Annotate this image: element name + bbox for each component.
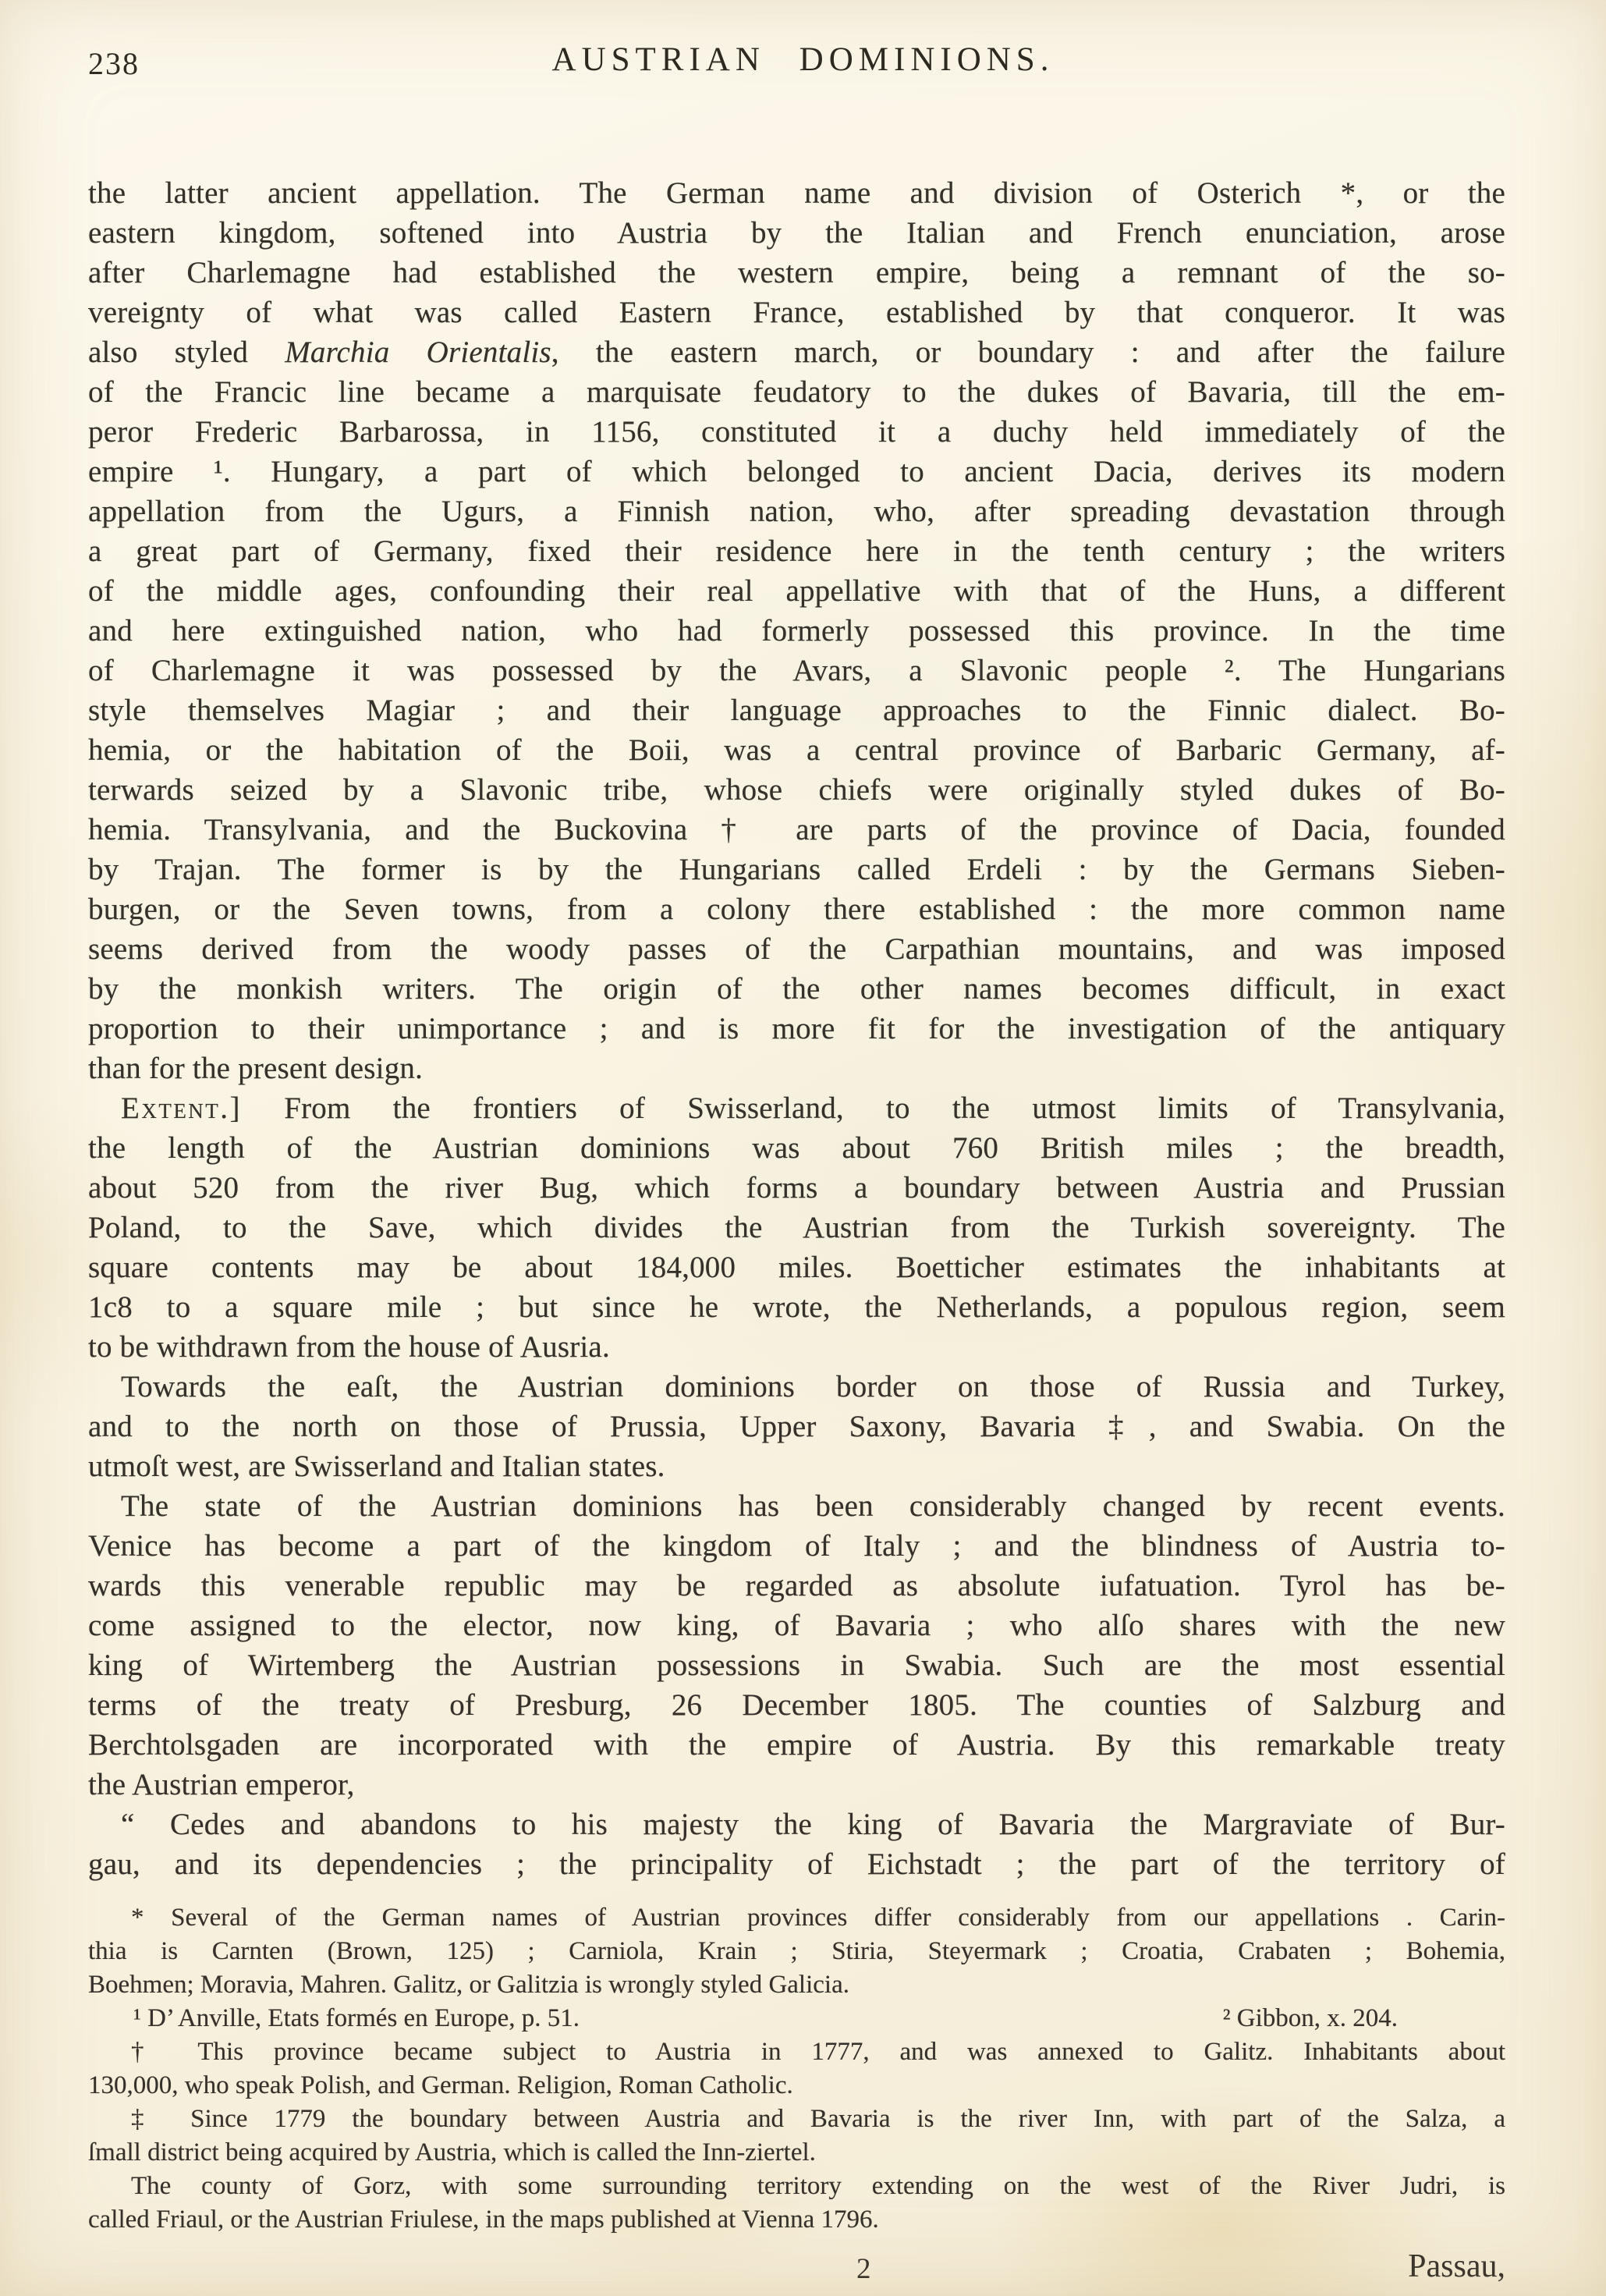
book-page: 238 AUSTRIAN DOMINIONS. the latter ancie… <box>0 0 1606 2296</box>
text-line: appellation from the Ugurs, a Finnish na… <box>88 491 1505 531</box>
text-line: the latter ancient appellation. The Germ… <box>88 173 1505 213</box>
page-footer-line: 2 Passau, <box>88 2248 1505 2296</box>
paragraph-1: the latter ancient appellation. The Germ… <box>88 173 1505 1088</box>
footnote-line: ‡ Since 1779 the boundary between Austri… <box>88 2103 1505 2136</box>
text-line: hemia, or the habitation of the Boii, wa… <box>88 730 1505 770</box>
text-span: From the frontiers of Swisserland, to th… <box>242 1091 1505 1125</box>
footnote-line: The county of Gorz, with some surroundin… <box>88 2170 1505 2203</box>
running-title: AUSTRIAN DOMINIONS. <box>0 41 1606 79</box>
text-line: the length of the Austrian dominions was… <box>88 1128 1505 1168</box>
text-line: peror Frederic Barbarossa, in 1156, cons… <box>88 412 1505 452</box>
text-line: come assigned to the elector, now king, … <box>88 1606 1505 1645</box>
text-line: wards this venerable republic may be reg… <box>88 1566 1505 1606</box>
text-line: seems derived from the woody passes of t… <box>88 929 1505 969</box>
text-line: gau, and its dependencies ; the principa… <box>88 1844 1505 1884</box>
footnote-line: 130,000, who speak Polish, and German. R… <box>88 2069 1505 2103</box>
text-line: and to the north on those of Prussia, Up… <box>88 1407 1505 1446</box>
footnotes-block: * Several of the German names of Austria… <box>88 1901 1505 2237</box>
footnote-references-line: ¹ D’ Anville, Etats formés en Europe, p.… <box>88 2002 1505 2035</box>
text-line: of the middle ages, confounding their re… <box>88 571 1505 611</box>
text-line: to be withdrawn from the house of Ausria… <box>88 1327 1505 1367</box>
text-line: and here extinguished nation, who had fo… <box>88 611 1505 651</box>
section-label: Extent.] <box>121 1091 242 1125</box>
text-block: the latter ancient appellation. The Germ… <box>88 173 1505 2296</box>
text-line: also styled Marchia Orientalis, the east… <box>88 332 1505 372</box>
text-line: king of Wirtemberg the Austrian possessi… <box>88 1645 1505 1685</box>
text-line: utmoſt west, are Swisserland and Italian… <box>88 1446 1505 1486</box>
text-line: proportion to their unimportance ; and i… <box>88 1009 1505 1049</box>
text-line: burgen, or the Seven towns, from a colon… <box>88 889 1505 929</box>
footnote-line: † This province became subject to Austri… <box>88 2035 1505 2069</box>
text-line: eastern kingdom, softened into Austria b… <box>88 213 1505 253</box>
footnote-ref-gibbon: ² Gibbon, x. 204. <box>1223 2002 1398 2035</box>
text-line: empire ¹. Hungary, a part of which belon… <box>88 452 1505 491</box>
text-line: “ Cedes and abandons to his majesty the … <box>88 1805 1505 1844</box>
text-line: of Charlemagne it was possessed by the A… <box>88 651 1505 690</box>
text-line: style themselves Magiar ; and their lang… <box>88 690 1505 730</box>
text-line: the Austrian emperor, <box>88 1765 1505 1805</box>
page-header: 238 AUSTRIAN DOMINIONS. <box>0 0 1606 86</box>
text-line: about 520 from the river Bug, which form… <box>88 1168 1505 1208</box>
footnote-ref-danville: ¹ D’ Anville, Etats formés en Europe, p.… <box>133 2002 580 2035</box>
text-line: by the monkish writers. The origin of th… <box>88 969 1505 1009</box>
text-line: hemia. Transylvania, and the Buckovina †… <box>88 810 1505 850</box>
text-line: square contents may be about 184,000 mil… <box>88 1247 1505 1287</box>
text-line: than for the present design. <box>88 1049 1505 1088</box>
footnote-line: called Friaul, or the Austrian Friulese,… <box>88 2203 1505 2237</box>
text-line: Berchtolsgaden are incorporated with the… <box>88 1725 1505 1765</box>
catchword: Passau, <box>1408 2248 1505 2285</box>
text-line: vereignty of what was called Eastern Fra… <box>88 293 1505 332</box>
footnote-line: thia is Carnten (Brown, 125) ; Carniola,… <box>88 1935 1505 1968</box>
text-span: , the eastern march, or boundary : and a… <box>551 335 1505 369</box>
text-line: Poland, to the Save, which divides the A… <box>88 1208 1505 1247</box>
text-line: Towards the eaſt, the Austrian dominions… <box>88 1367 1505 1407</box>
paragraph-towards-east: Towards the eaſt, the Austrian dominions… <box>88 1367 1505 1486</box>
footnote-line: Boehmen; Moravia, Mahren. Galitz, or Gal… <box>88 1968 1505 2002</box>
text-span: also styled <box>88 335 285 369</box>
paragraph-quote: “ Cedes and abandons to his majesty the … <box>88 1805 1505 1884</box>
text-line: a great part of Germany, fixed their res… <box>88 531 1505 571</box>
paragraph-state-changed: The state of the Austrian dominions has … <box>88 1486 1505 1805</box>
text-line: Extent.] From the frontiers of Swisserla… <box>88 1088 1505 1128</box>
text-line: of the Francic line became a marquisate … <box>88 372 1505 412</box>
signature-mark: 2 <box>856 2252 871 2286</box>
text-line: The state of the Austrian dominions has … <box>88 1486 1505 1526</box>
text-line: by Trajan. The former is by the Hungaria… <box>88 850 1505 889</box>
text-line: terms of the treaty of Presburg, 26 Dece… <box>88 1685 1505 1725</box>
paragraph-extent: Extent.] From the frontiers of Swisserla… <box>88 1088 1505 1367</box>
text-line: terwards seized by a Slavonic tribe, who… <box>88 770 1505 810</box>
footnote-line: * Several of the German names of Austria… <box>88 1901 1505 1935</box>
text-line: after Charlemagne had established the we… <box>88 253 1505 293</box>
footnote-line: ſmall district being acquired by Austria… <box>88 2136 1505 2170</box>
italic-phrase: Marchia Orientalis <box>285 335 551 369</box>
text-line: 1c8 to a square mile ; but since he wrot… <box>88 1287 1505 1327</box>
text-line: Venice has become a part of the kingdom … <box>88 1526 1505 1566</box>
